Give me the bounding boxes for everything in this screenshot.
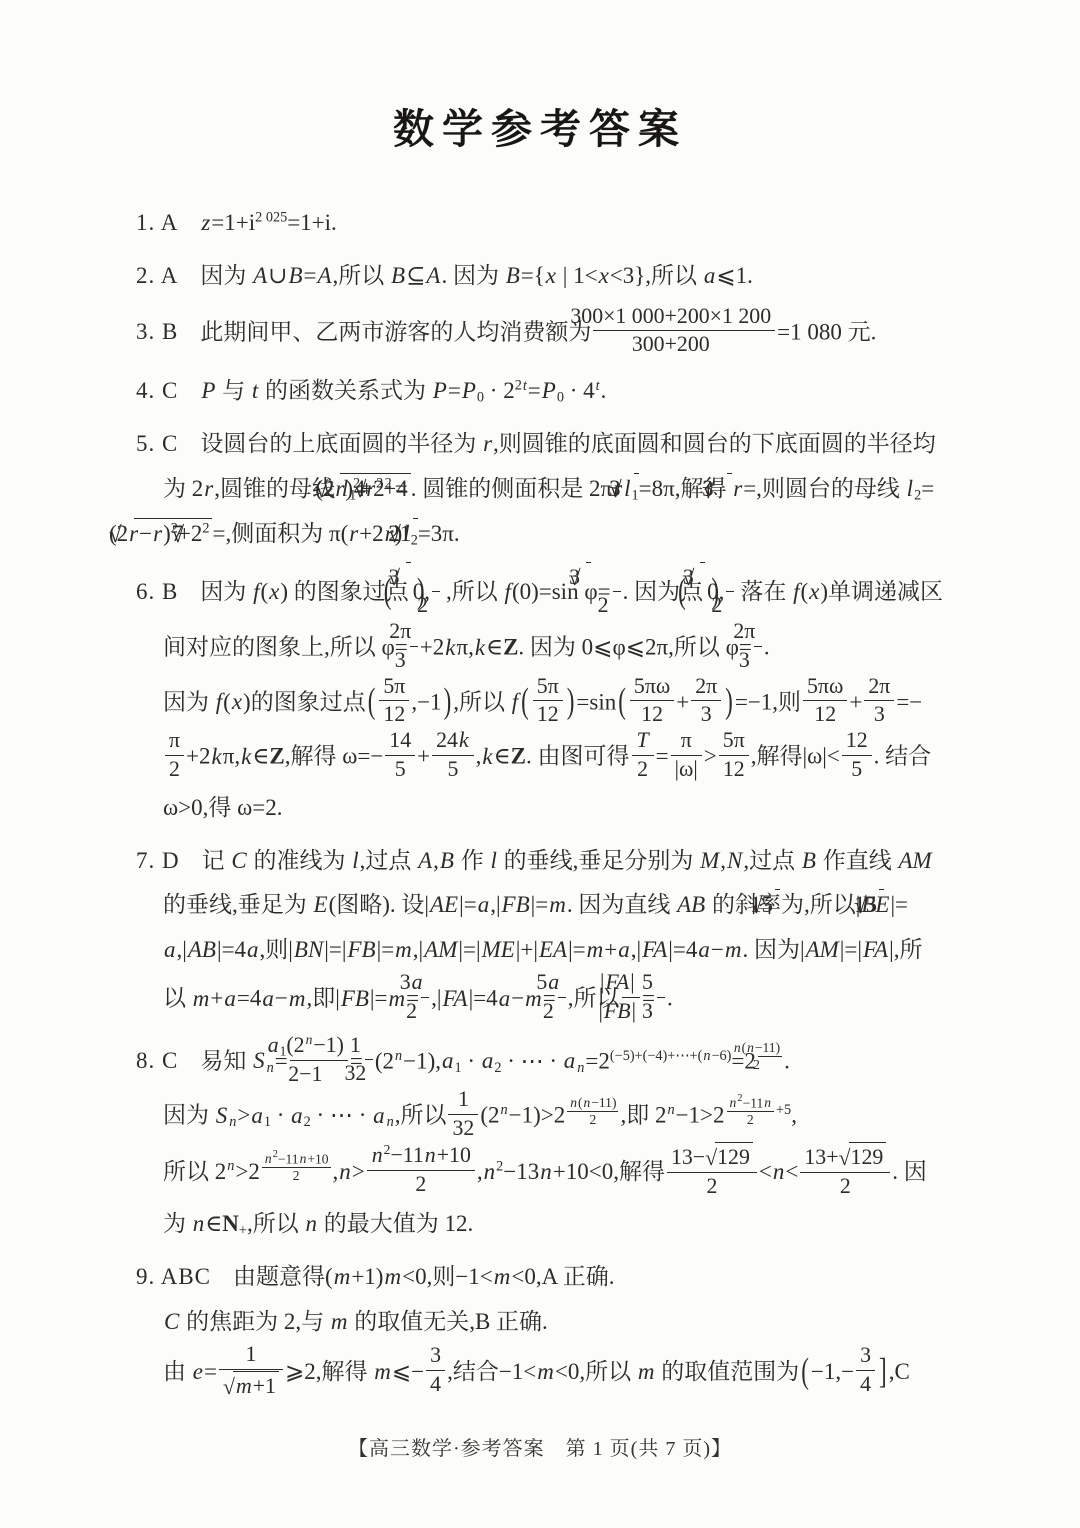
fraction: 132: [448, 1087, 478, 1142]
square-root: √(2r−r)2+22: [163, 518, 212, 547]
variable: S: [215, 1103, 229, 1128]
variable: C: [230, 848, 247, 873]
variable: n: [299, 1151, 308, 1166]
numerator: n2−11n+10: [262, 1150, 331, 1168]
variable: l: [489, 848, 497, 873]
big-paren: ): [725, 668, 733, 738]
denominator: 3: [657, 998, 665, 1025]
variable: n: [304, 1211, 318, 1236]
subscript: 2: [494, 1060, 501, 1076]
variable: n: [264, 1151, 273, 1166]
big-paren: (: [618, 668, 626, 738]
subscript: n: [228, 1114, 237, 1130]
variable: a: [411, 970, 424, 994]
variable: f: [504, 579, 512, 604]
variable: n: [226, 1158, 235, 1174]
numerator: 5π: [379, 674, 409, 702]
variable: AB: [676, 892, 706, 917]
fraction: 5π12: [719, 728, 749, 783]
numerator: π: [165, 728, 184, 756]
variable: n: [569, 1095, 578, 1110]
answer-paragraph: C 的焦距为 2,与 m 的取值无关,B 正确.: [163, 1300, 944, 1345]
variable: r: [365, 476, 376, 501]
superscript: 2: [202, 520, 209, 536]
variable: FA: [441, 986, 468, 1011]
radicand: 129: [715, 1142, 753, 1170]
denominator: 2: [432, 592, 440, 619]
radical-sign-icon: √: [223, 1375, 235, 1399]
answer-item: 7. D记 C 的准线为 l,过点 A,B 作 l 的垂线,垂足分别为 M,N,…: [136, 839, 944, 1028]
variable: m: [493, 1264, 512, 1289]
numerator: √3: [432, 562, 440, 593]
numerator: n(n−11): [758, 1040, 782, 1057]
numerator: 24k: [432, 728, 474, 756]
variable: a: [267, 1033, 280, 1057]
denominator: 2−1: [290, 1061, 348, 1088]
variable: S: [252, 1048, 266, 1073]
variable: r: [203, 476, 214, 501]
denominator: 2: [667, 1173, 757, 1200]
superscript: n(n−11)2: [756, 1048, 784, 1064]
question-number-and-answer: 3. B: [136, 319, 178, 344]
numerator: 3: [856, 1343, 875, 1371]
variable: f: [792, 579, 800, 604]
fraction: 2π3: [410, 619, 418, 674]
square-root: √129: [705, 1142, 753, 1170]
variable: r: [152, 521, 163, 546]
question-number-and-answer: 7. D: [136, 848, 180, 873]
denominator: 32: [448, 1115, 478, 1142]
variable: a: [697, 937, 711, 962]
variable: P: [461, 378, 477, 403]
answer-paragraph: 因为 f(x)的图象过点(5π12,−1),所以 f(5π12)=sin(5πω…: [163, 677, 944, 831]
denominator: 5: [385, 756, 415, 783]
answer-item: 8. C易知 Sn=a1(2n−1)2−1=132(2n−1),a1 · a2 …: [136, 1036, 944, 1248]
variable: FA: [604, 970, 630, 994]
variable: AM: [423, 937, 458, 962]
radicand: 15: [879, 889, 884, 918]
variable: x: [598, 263, 610, 288]
denominator: 12: [803, 701, 847, 728]
radical-sign-icon: √: [705, 1146, 717, 1170]
superscript: 2t: [515, 378, 528, 394]
big-paren: (: [368, 668, 376, 738]
variable: t: [595, 378, 601, 394]
big-paren: ): [444, 668, 452, 738]
numerator: 3a: [421, 970, 429, 998]
fraction: 300×1 000+200×1 200300+200: [593, 304, 775, 359]
answer-paragraph: 2. A因为 A∪B=A,所以 B⊆A. 因为 B={x | 1<x<3},所以…: [163, 254, 944, 299]
variable: n: [666, 1102, 675, 1118]
fraction: T2: [632, 728, 654, 783]
superscript: 2: [737, 1093, 742, 1104]
numerator: 5πω: [803, 674, 847, 702]
fraction: a1(2n−1)2−1: [290, 1033, 348, 1088]
radicand: 3: [406, 562, 411, 590]
variable: f: [215, 689, 223, 714]
big-paren: ]: [879, 1338, 887, 1408]
variable: z: [200, 210, 211, 235]
numerator: √3: [726, 562, 734, 593]
variable: a: [563, 1048, 577, 1073]
variable: n: [305, 1032, 314, 1047]
variable: a: [246, 937, 260, 962]
variable: B: [287, 263, 303, 288]
variable: x: [545, 263, 557, 288]
subscript: 0: [477, 390, 484, 406]
variable: n: [539, 1159, 553, 1184]
numerator: 2π: [864, 674, 894, 702]
fraction: 34: [426, 1343, 445, 1398]
radicand: 3: [727, 473, 732, 502]
numerator: 2π: [754, 619, 762, 647]
denominator: 2: [727, 1112, 774, 1128]
variable: B: [390, 263, 406, 288]
subscript: n: [386, 1114, 395, 1130]
superscript: 2: [384, 1142, 391, 1157]
question-number-and-answer: 2. A: [136, 263, 178, 288]
denominator: 12: [379, 701, 409, 728]
numerator: 13+√129: [800, 1142, 890, 1173]
variable: e: [192, 1359, 204, 1384]
denominator: 32: [365, 1060, 373, 1087]
answer-item: 2. A因为 A∪B=A,所以 B⊆A. 因为 B={x | 1<x<3},所以…: [136, 254, 944, 299]
variable: a: [481, 1048, 495, 1073]
denominator: 3: [864, 701, 894, 728]
variable: n: [394, 1048, 403, 1064]
answer-paragraph: 8. C易知 Sn=a1(2n−1)2−1=132(2n−1),a1 · a2 …: [163, 1036, 944, 1091]
superscript: 2: [496, 1158, 503, 1174]
variable: n: [228, 1114, 237, 1130]
fraction: √32: [726, 562, 734, 620]
radicand: 4r2+4: [379, 473, 411, 502]
variable: A: [425, 263, 441, 288]
variable: P: [432, 378, 448, 403]
variable: k: [458, 728, 470, 752]
answer-paragraph: 1. Az=1+i2 025=1+i.: [163, 201, 944, 246]
page-content: 数学参考答案 1. Az=1+i2 025=1+i.2. A因为 A∪B=A,所…: [136, 0, 944, 1461]
variable: AM: [897, 848, 932, 873]
fraction: 2π3: [754, 619, 762, 674]
question-number-and-answer: 5. C: [136, 431, 178, 456]
answer-paragraph: 所以 2n>2n2−11n+102,n>n2−11n+102,n2−13n+10…: [163, 1145, 944, 1247]
variable: AB: [187, 937, 217, 962]
numerator: 2π: [691, 674, 721, 702]
bold-symbol: Z: [511, 744, 526, 769]
question-number-and-answer: 4. C: [136, 378, 178, 403]
fraction: √32: [613, 562, 621, 620]
variable: a: [477, 892, 491, 917]
fraction: 13+√1292: [800, 1142, 890, 1200]
variable: l: [351, 848, 359, 873]
big-paren: (: [521, 668, 529, 738]
variable: M: [699, 848, 720, 873]
variable: r: [128, 521, 139, 546]
denominator: 12: [630, 701, 674, 728]
subscript: 2: [304, 1114, 311, 1130]
variable: m: [586, 937, 605, 962]
answer-paragraph: 4. CP 与 t 的函数关系式为 P=P0 · 22t=P0 · 4t.: [163, 369, 944, 414]
variable: x: [268, 579, 280, 604]
superscript: n: [394, 1048, 403, 1064]
superscript: n: [666, 1102, 675, 1118]
fraction: √32: [432, 562, 440, 620]
radicand: 129: [849, 1142, 887, 1170]
numerator: √3: [613, 562, 621, 593]
variable: n: [338, 1159, 352, 1184]
answers-list: 1. Az=1+i2 025=1+i.2. A因为 A∪B=A,所以 B⊆A. …: [136, 201, 944, 1402]
fraction: 145: [385, 728, 415, 783]
superscript: 2: [273, 1149, 278, 1160]
question-number-and-answer: 9. ABC: [136, 1264, 211, 1289]
answer-item: 9. ABC由题意得(m+1)m<0,则−1<m<0,A 正确.C 的焦距为 2…: [136, 1255, 944, 1402]
variable: k: [444, 635, 456, 660]
variable: FA: [641, 937, 668, 962]
variable: n: [772, 1159, 786, 1184]
variable: r: [334, 476, 345, 501]
superscript: n2−11n2+5: [725, 1102, 792, 1118]
variable: m: [637, 1359, 656, 1384]
fraction: 1√m+1: [219, 1342, 283, 1400]
variable: AM: [805, 937, 840, 962]
variable: FA: [862, 937, 889, 962]
numerator: a1(2n−1): [290, 1033, 348, 1061]
question-number-and-answer: 1. A: [136, 210, 178, 235]
variable: B: [505, 263, 521, 288]
numerator: 1: [365, 1033, 373, 1061]
variable: n: [746, 1040, 755, 1055]
variable: m: [548, 892, 567, 917]
denominator: 5: [842, 756, 872, 783]
numerator: 1: [219, 1342, 283, 1370]
fraction: 24k5: [432, 728, 474, 783]
numerator: π: [671, 728, 702, 756]
fraction: |FA||FB|: [622, 970, 640, 1025]
numerator: n(n−11): [567, 1095, 618, 1112]
numerator: 14: [385, 728, 415, 756]
variable: a: [261, 986, 275, 1011]
fraction: 34: [856, 1343, 875, 1398]
variable: n: [266, 1060, 275, 1076]
denominator: 2: [613, 592, 621, 619]
page-title: 数学参考答案: [136, 96, 944, 155]
numerator: 5πω: [630, 674, 674, 702]
variable: E: [313, 892, 329, 917]
variable: a: [703, 263, 717, 288]
radicand: 7: [196, 518, 201, 547]
variable: a: [163, 937, 177, 962]
variable: P: [541, 378, 557, 403]
superscript: n: [305, 1032, 314, 1047]
denominator: 2: [262, 1168, 331, 1184]
variable: m: [394, 937, 413, 962]
variable: A: [252, 263, 268, 288]
variable: AE: [429, 892, 459, 917]
denominator: 4: [426, 1371, 445, 1398]
variable: T: [636, 728, 650, 752]
variable: n: [424, 1143, 437, 1167]
variable: a: [223, 986, 237, 1011]
variable: r: [732, 476, 743, 501]
scanned-answer-sheet: 数学参考答案 1. Az=1+i2 025=1+i.2. A因为 A∪B=A,所…: [0, 0, 1080, 1528]
fraction: 5πω12: [803, 674, 847, 729]
variable: a: [290, 1103, 304, 1128]
bold-symbol: Z: [269, 744, 284, 769]
variable: m: [373, 1359, 392, 1384]
variable: n: [500, 1102, 509, 1118]
variable: f: [252, 579, 260, 604]
radicand: 21: [413, 518, 418, 547]
denominator: 2: [165, 756, 184, 783]
numerator: 13−√129: [667, 1142, 757, 1173]
numerator: 5π: [719, 728, 749, 756]
fraction: 132: [365, 1033, 373, 1088]
denominator: 12: [533, 701, 563, 728]
answer-paragraph: 6. B因为 f(x) 的图象过点(0,√32),所以 f(0)=sin φ=√…: [163, 565, 944, 677]
answer-item: 6. B因为 f(x) 的图象过点(0,√32),所以 f(0)=sin φ=√…: [136, 565, 944, 831]
variable: A: [417, 848, 433, 873]
denominator: 2: [421, 998, 429, 1025]
numerator: 300×1 000+200×1 200: [593, 304, 775, 332]
answer-paragraph: 9. ABC由题意得(m+1)m<0,则−1<m<0,A 正确.: [163, 1255, 944, 1300]
fraction: 2π3: [864, 674, 894, 729]
answer-paragraph: 因为 Sn>a1 · a2 · ⋯ · an,所以132(2n−1)>2n(n−…: [163, 1090, 944, 1145]
denominator: 4: [856, 1371, 875, 1398]
variable: k: [481, 744, 493, 769]
variable: a: [547, 970, 560, 994]
denominator: |FB|: [622, 998, 640, 1025]
variable: C: [163, 1309, 180, 1334]
variable: t: [522, 378, 528, 394]
numerator: 3: [426, 1343, 445, 1371]
square-root: √129: [839, 1142, 887, 1170]
subscript: n: [266, 1060, 275, 1076]
numerator: 2π: [410, 619, 418, 647]
denominator: 2: [800, 1173, 890, 1200]
bold-symbol: Z: [503, 635, 518, 660]
radicand: 3: [700, 562, 705, 590]
superscript: t: [595, 378, 601, 394]
denominator: 3: [754, 647, 762, 674]
variable: n: [733, 1040, 742, 1055]
square-root: √4r2+4: [408, 473, 411, 502]
variable: a: [441, 1048, 455, 1073]
variable: m: [330, 1309, 349, 1334]
denominator: 12: [719, 756, 749, 783]
answer-item: 5. C设圆台的上底面圆的半径为 r,则圆锥的底面圆和圆台的下底面圆的半径均为 …: [136, 422, 944, 557]
denominator: 2: [632, 756, 654, 783]
variable: r: [348, 521, 359, 546]
radicand: m+1: [233, 1371, 279, 1399]
denominator: 2: [726, 592, 734, 619]
variable: n: [763, 1095, 772, 1110]
numerator: n2−11n: [727, 1094, 774, 1112]
variable: f: [511, 689, 519, 714]
variable: n: [386, 1114, 395, 1130]
fraction: n2−11n2: [727, 1094, 774, 1128]
big-paren: (: [801, 1338, 809, 1408]
variable: m: [235, 1374, 253, 1398]
variable: n: [192, 1211, 206, 1236]
subscript: 2: [914, 487, 921, 503]
numerator: 12: [842, 728, 872, 756]
square-root: √m+1: [223, 1371, 279, 1399]
numerator: 5a: [558, 970, 566, 998]
subscript: 1: [264, 1114, 271, 1130]
answer-item: 1. Az=1+i2 025=1+i.: [136, 201, 944, 246]
numerator: 5: [657, 970, 665, 998]
numerator: 5π: [533, 674, 563, 702]
fraction: n(n−11)2: [567, 1095, 618, 1128]
subscript: 1: [280, 1043, 287, 1058]
answer-item: 4. CP 与 t 的函数关系式为 P=P0 · 22t=P0 · 4t.: [136, 369, 944, 414]
numerator: n2−11n+10: [367, 1143, 475, 1171]
denominator: 3: [410, 647, 418, 674]
subscript: +: [239, 1223, 247, 1239]
variable: B: [801, 848, 817, 873]
bold-symbol: N: [222, 1211, 239, 1236]
variable: l: [906, 476, 914, 501]
variable: m: [536, 1359, 555, 1384]
variable: a: [498, 986, 512, 1011]
variable: BN: [293, 937, 324, 962]
variable: FB: [340, 986, 370, 1011]
denominator: 5: [432, 756, 474, 783]
denominator: 2: [367, 1171, 475, 1198]
variable: m: [192, 986, 211, 1011]
fraction: 5a2: [558, 970, 566, 1025]
answer-paragraph: 5. C设圆台的上底面圆的半径为 r,则圆锥的底面圆和圆台的下底面圆的半径均为 …: [163, 422, 944, 557]
variable: A: [316, 263, 332, 288]
fraction: 5π12: [533, 674, 563, 729]
answer-paragraph: 7. D记 C 的准线为 l,过点 A,B 作 l 的垂线,垂足分别为 M,N,…: [163, 839, 944, 1028]
fraction: n2−11n+102: [262, 1150, 331, 1184]
variable: B: [439, 848, 455, 873]
denominator: √m+1: [219, 1370, 283, 1400]
denominator: |ω|: [671, 756, 702, 783]
subscript: 1: [455, 1060, 462, 1076]
big-paren: ): [567, 668, 575, 738]
page-footer: 【高三数学·参考答案 第 1 页(共 7 页)】: [136, 1432, 944, 1461]
variable: k: [474, 635, 486, 660]
question-number-and-answer: 6. B: [136, 579, 178, 604]
radical-sign-icon: √: [839, 1146, 851, 1170]
fraction: 5πω12: [630, 674, 674, 729]
variable: a: [372, 1103, 386, 1128]
variable: n: [702, 1048, 711, 1064]
variable: FB: [603, 999, 632, 1023]
variable: EA: [538, 937, 568, 962]
numerator: T: [632, 728, 654, 756]
variable: n: [483, 1159, 497, 1184]
superscript: n(n−11)2: [565, 1102, 620, 1118]
variable: n: [729, 1095, 738, 1110]
superscript: n: [500, 1102, 509, 1118]
superscript: n2−11n+102: [260, 1158, 333, 1174]
fraction: 53: [657, 970, 665, 1025]
variable: x: [808, 579, 820, 604]
variable: m: [383, 1264, 402, 1289]
denominator: 2: [558, 998, 566, 1025]
answer-paragraph: 由 e=1√m+1⩾2,解得 m⩽−34,结合−1<m<0,所以 m 的取值范围…: [163, 1345, 944, 1403]
variable: n: [576, 1060, 585, 1076]
radicand: 3: [634, 473, 639, 502]
superscript: 2 025: [255, 209, 287, 225]
subscript: 0: [557, 390, 564, 406]
fraction: 5π12: [379, 674, 409, 729]
fraction: n2−11n+102: [367, 1143, 475, 1198]
variable: t: [251, 378, 259, 403]
